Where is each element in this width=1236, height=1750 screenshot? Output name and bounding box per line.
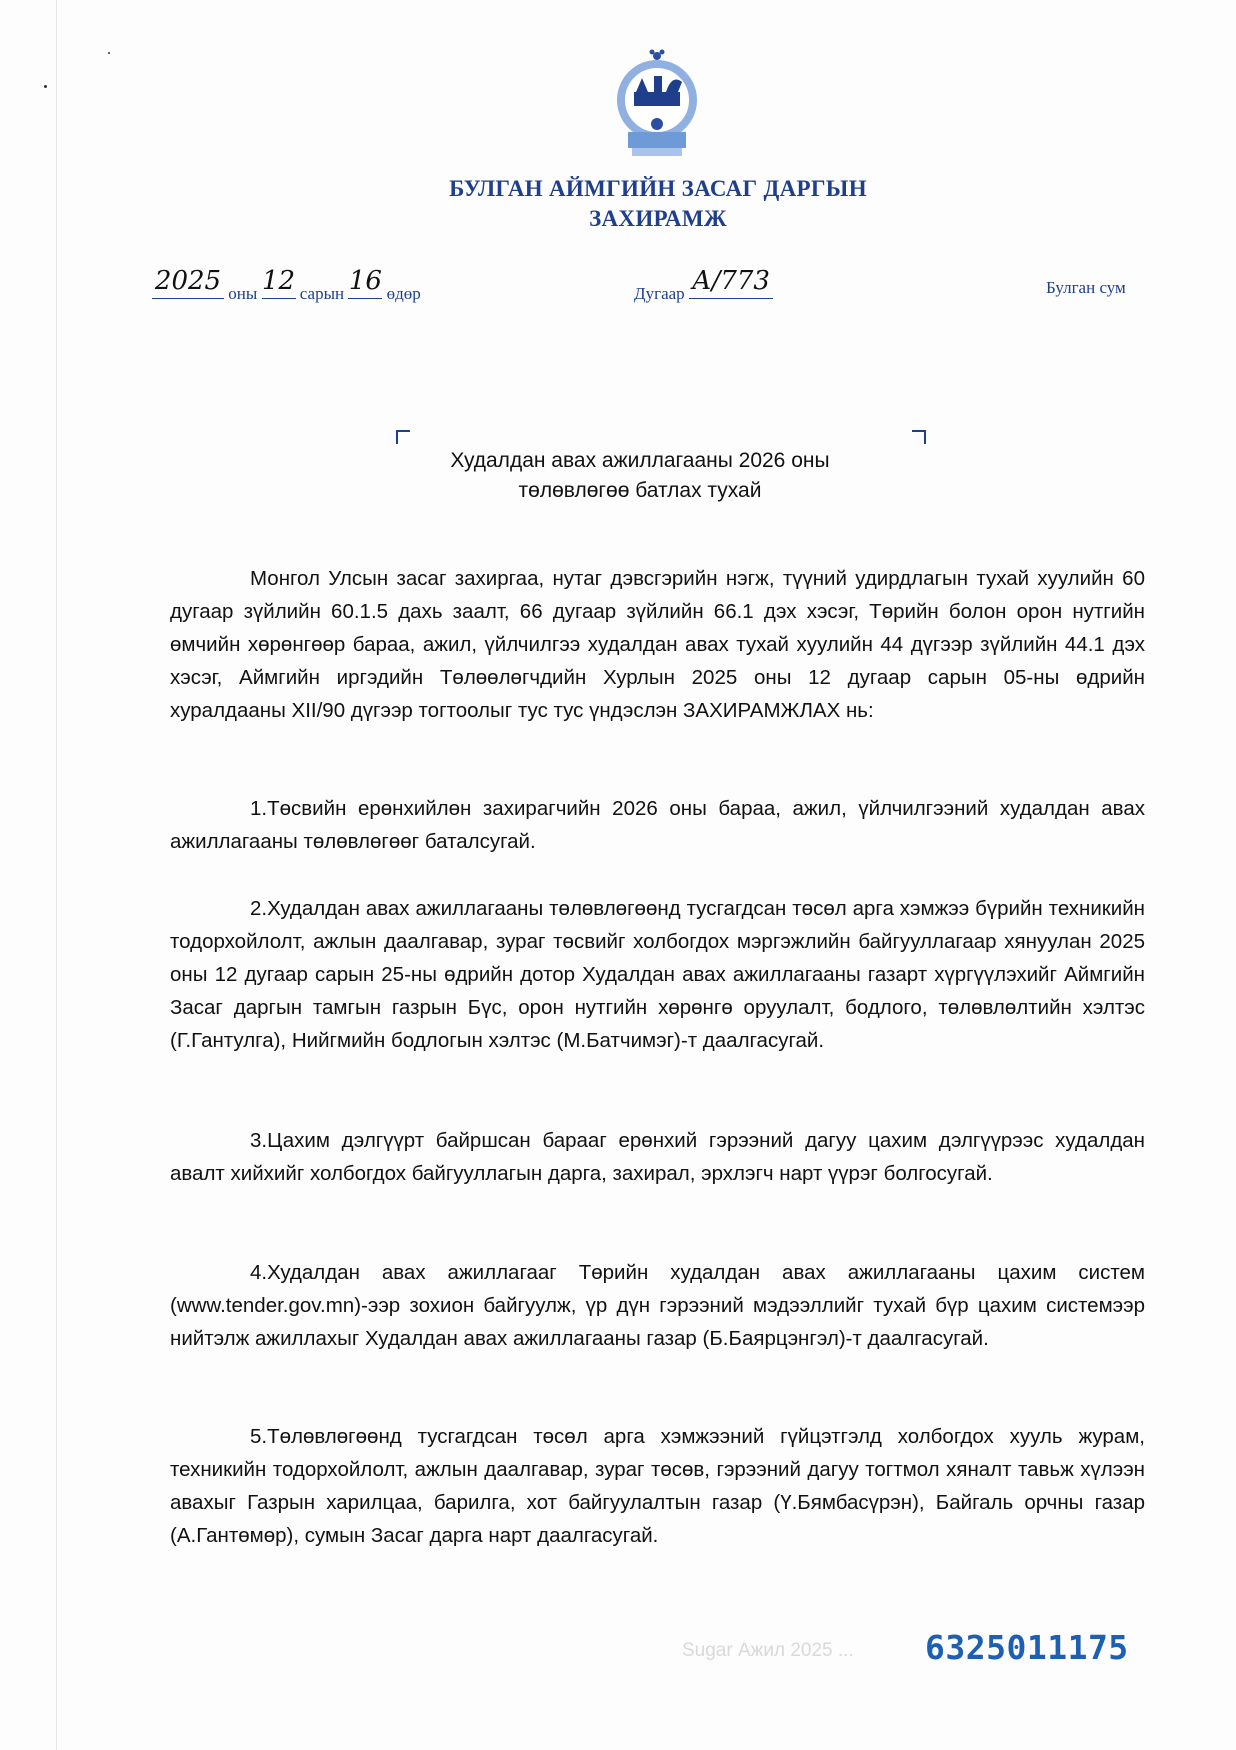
clause-3: 3.Цахим дэлгүүрт байршсан барааг ерөнхий… — [170, 1124, 1145, 1190]
stamp-number: 6325011175 — [925, 1628, 1129, 1667]
clause-5: 5.Төлөвлөгөөнд тусгагдсан төсөл арга хэм… — [170, 1420, 1145, 1552]
day-suffix: өдөр — [387, 284, 421, 303]
subject-bracket-right — [912, 430, 926, 444]
clause-4: 4.Худалдан авах ажиллагааг Төрийн худалд… — [170, 1256, 1145, 1355]
preamble: Монгол Улсын засаг захиргаа, нутаг дэвсг… — [170, 562, 1145, 727]
month-suffix: сарын — [300, 284, 344, 303]
faint-footer-text: Sugar Ажил 2025 ... — [682, 1640, 854, 1662]
location: Булган сум — [1046, 278, 1126, 298]
clause-2: 2.Худалдан авах ажиллагааны төлөвлөгөөнд… — [170, 892, 1145, 1057]
day-handwritten: 16 — [348, 266, 382, 296]
year-handwritten: 2025 — [152, 266, 224, 296]
clause-text: 3.Цахим дэлгүүрт байршсан барааг ерөнхий… — [170, 1124, 1145, 1190]
scan-edge-line — [56, 0, 57, 1750]
clause-text: 4.Худалдан авах ажиллагааг Төрийн худалд… — [170, 1256, 1145, 1355]
subject-line-1: Худалдан авах ажиллагааны 2026 оны — [340, 446, 940, 476]
clause-text: 2.Худалдан авах ажиллагааны төлөвлөгөөнд… — [170, 892, 1145, 1057]
subject-heading: Худалдан авах ажиллагааны 2026 оны төлөв… — [340, 446, 940, 506]
subject-bracket-left — [396, 430, 410, 444]
year-suffix: оны — [228, 284, 257, 303]
month-handwritten: 12 — [262, 266, 296, 296]
number-handwritten: А/773 — [689, 266, 773, 296]
preamble-text: Монгол Улсын засаг захиргаа, нутаг дэвсг… — [170, 562, 1145, 727]
clause-text: 1.Төсвийн ерөнхийлөн захирагчийн 2026 он… — [170, 792, 1145, 858]
clause-1: 1.Төсвийн ерөнхийлөн захирагчийн 2026 он… — [170, 792, 1145, 858]
scan-speck — [108, 52, 110, 54]
issuer-title: БУЛГАН АЙМГИЙН ЗАСАГ ДАРГЫН — [0, 176, 1236, 202]
document-number-field: Дугаар А/773 — [634, 278, 773, 304]
month-blank: 12 — [262, 278, 296, 299]
number-label: Дугаар — [634, 284, 685, 303]
document-type-title: ЗАХИРАМЖ — [0, 206, 1236, 232]
scan-speck — [44, 85, 47, 88]
day-blank: 16 — [348, 278, 382, 299]
state-emblem-icon — [612, 48, 702, 160]
date-field: 2025 оны 12 сарын 16 өдөр — [152, 278, 421, 304]
year-blank: 2025 — [152, 278, 224, 299]
number-blank: А/773 — [689, 278, 773, 299]
clause-text: 5.Төлөвлөгөөнд тусгагдсан төсөл арга хэм… — [170, 1420, 1145, 1552]
subject-line-2: төлөвлөгөө батлах тухай — [340, 476, 940, 506]
